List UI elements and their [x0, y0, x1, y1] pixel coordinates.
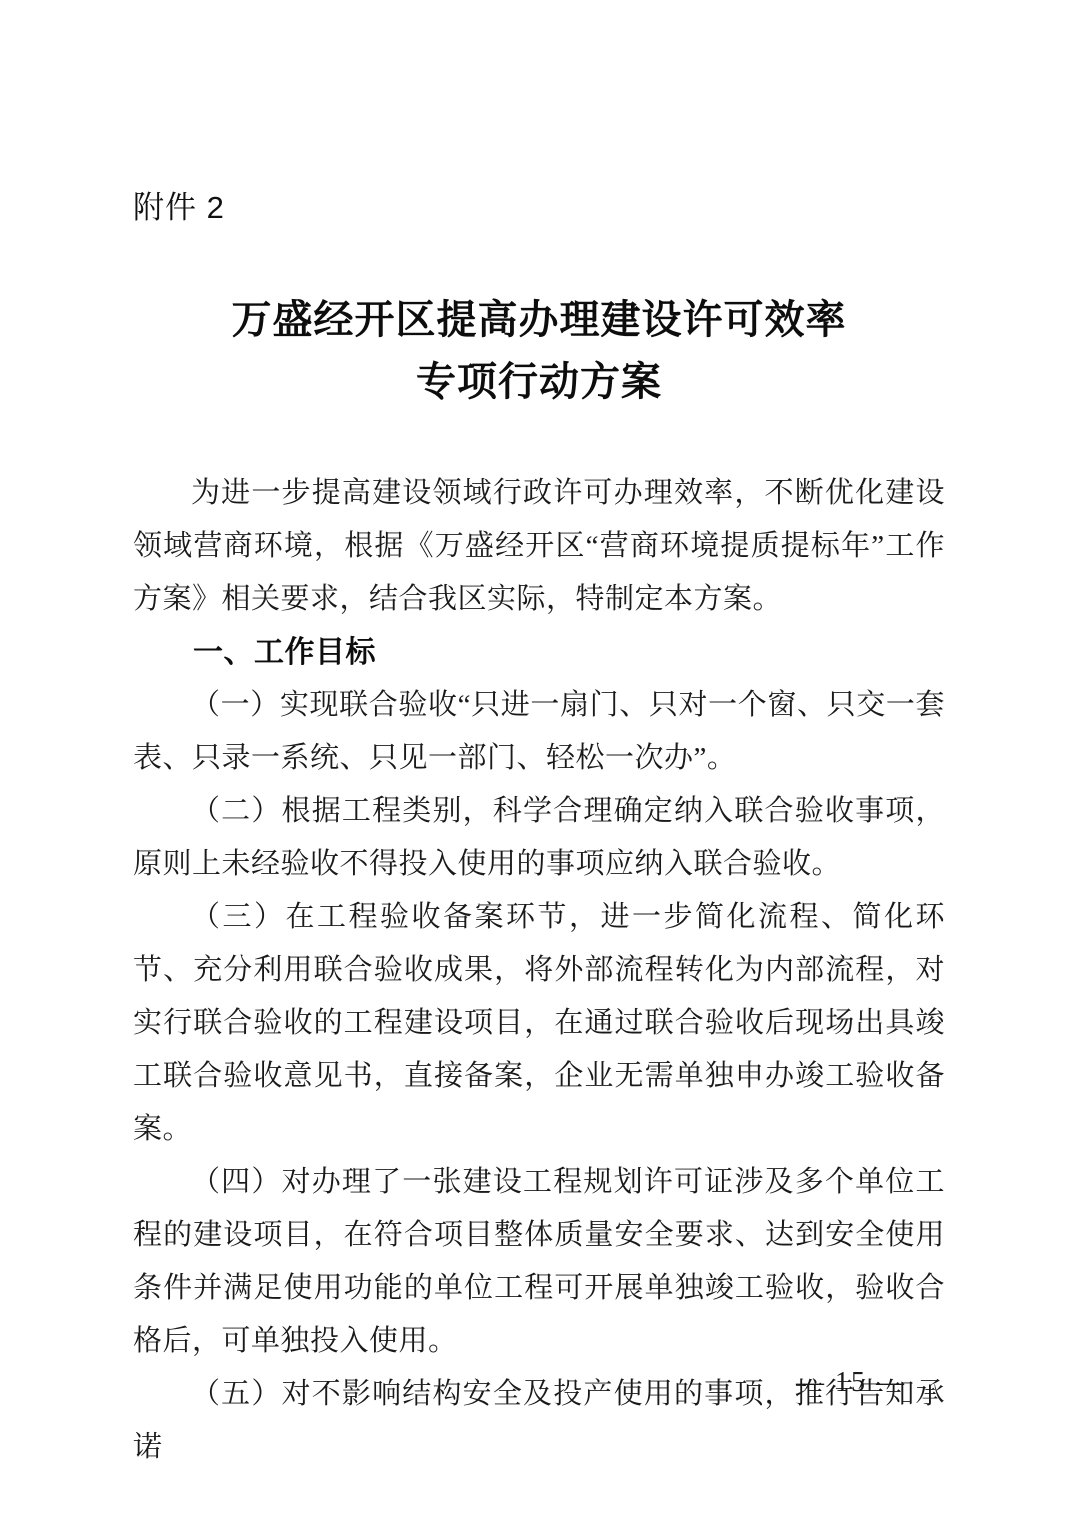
document-title: 万盛经开区提高办理建设许可效率 专项行动方案 [133, 289, 945, 413]
attachment-label: 附件 2 [133, 192, 945, 223]
list-item-4: （四）对办理了一张建设工程规划许可证涉及多个单位工程的建设项目，在符合项目整体质… [133, 1156, 945, 1368]
document-content: 附件 2 万盛经开区提高办理建设许可效率 专项行动方案 为进一步提高建设领域行政… [0, 0, 1074, 1474]
list-item-3: （三）在工程验收备案环节，进一步简化流程、简化环节、充分利用联合验收成果，将外部… [133, 891, 945, 1156]
section-heading-work-goals: 一、工作目标 [133, 626, 945, 679]
page-number: — 15 — [796, 1366, 906, 1400]
document-title-line-1: 万盛经开区提高办理建设许可效率 [133, 289, 945, 351]
list-item-1: （一）实现联合验收“只进一扇门、只对一个窗、只交一套表、只录一系统、只见一部门、… [133, 679, 945, 785]
document-title-line-2: 专项行动方案 [133, 351, 945, 413]
document-body: 为进一步提高建设领域行政许可办理效率，不断优化建设领域营商环境，根据《万盛经开区… [133, 467, 945, 1474]
document-page: 附件 2 万盛经开区提高办理建设许可效率 专项行动方案 为进一步提高建设领域行政… [0, 0, 1074, 1520]
list-item-2: （二）根据工程类别，科学合理确定纳入联合验收事项，原则上未经验收不得投入使用的事… [133, 785, 945, 891]
intro-paragraph: 为进一步提高建设领域行政许可办理效率，不断优化建设领域营商环境，根据《万盛经开区… [133, 467, 945, 626]
